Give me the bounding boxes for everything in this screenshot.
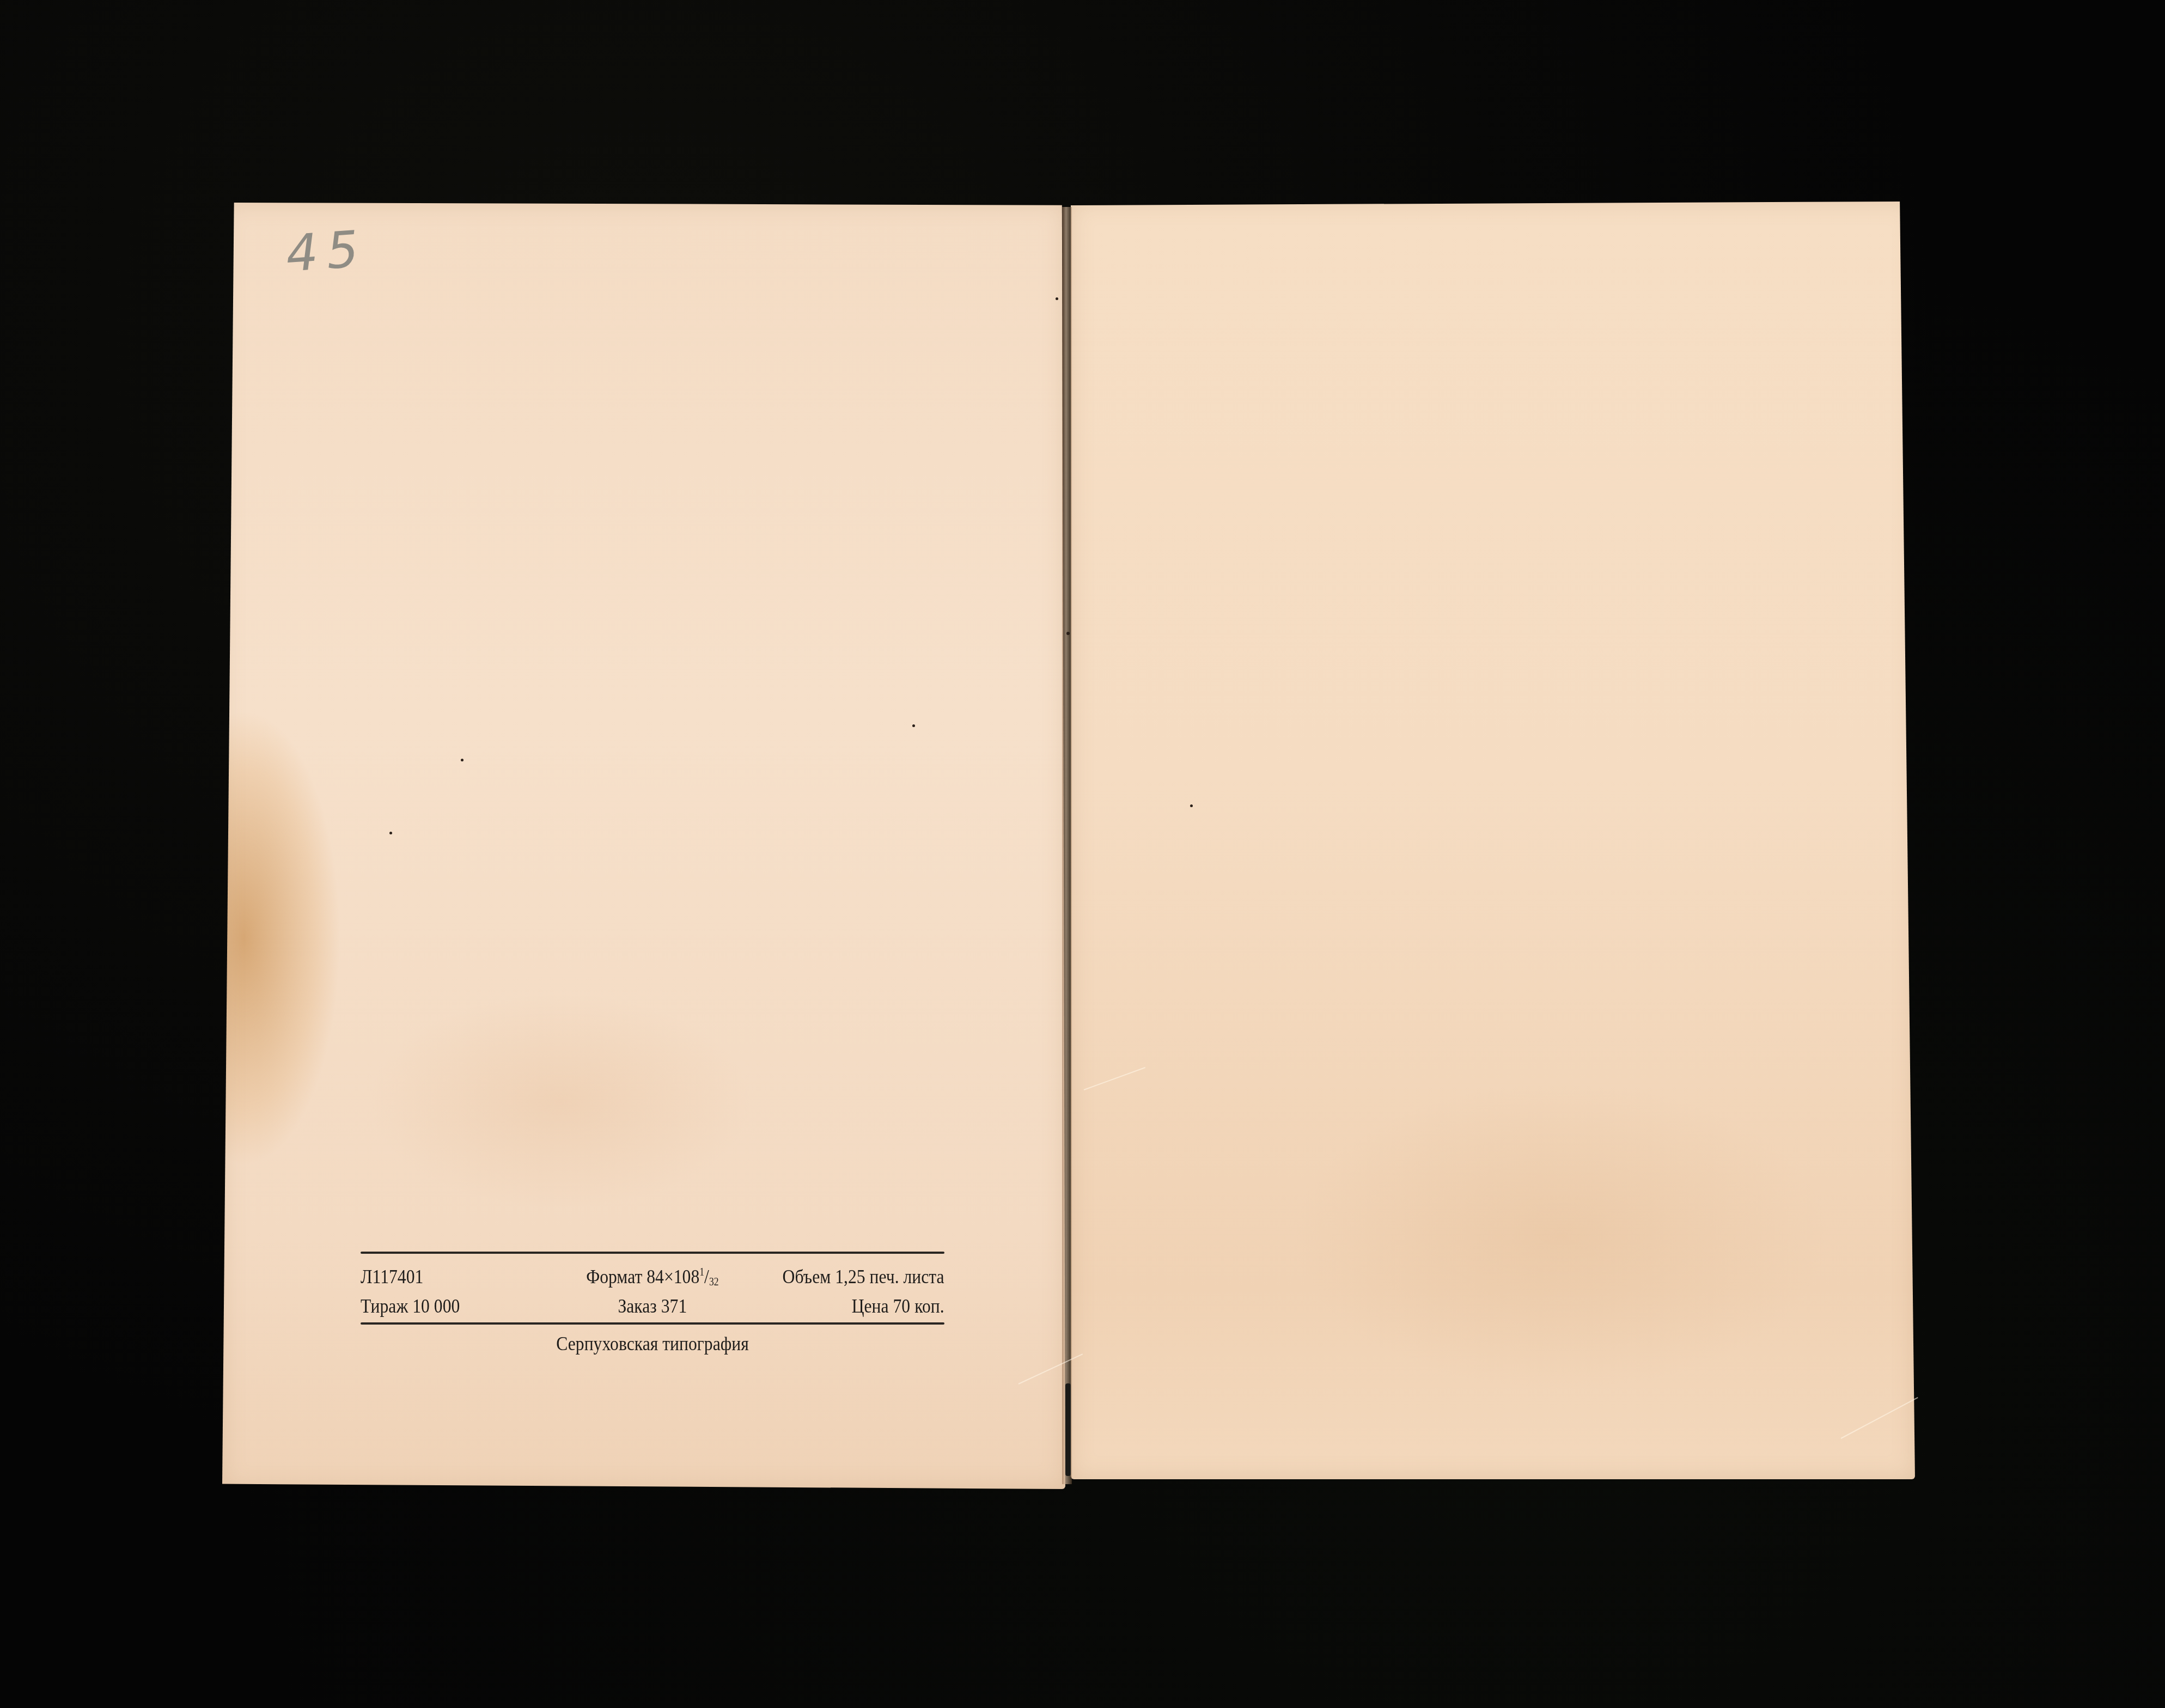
paper-speck [389, 832, 392, 834]
spine-tear [1065, 1383, 1071, 1476]
bottom-rule [361, 1322, 944, 1325]
format-fraction-denominator: 32 [709, 1276, 719, 1288]
print-volume: Объем 1,25 печ. листа [749, 1265, 944, 1289]
publication-code: Л117401 [361, 1265, 555, 1289]
book-spine [1062, 207, 1072, 1484]
printer-name: Серпуховская типография [395, 1332, 909, 1355]
format-value: 84×108 [647, 1266, 699, 1288]
paper-speck [1066, 632, 1070, 635]
order-number: Заказ 371 [555, 1294, 749, 1318]
paper-speck [912, 724, 915, 727]
imprint-row-1: Л117401 Формат 84×1081/32 Объем 1,25 печ… [361, 1260, 944, 1294]
paper-format: Формат 84×1081/32 [555, 1260, 749, 1294]
handwritten-page-number: 45 [284, 219, 369, 283]
price: Цена 70 коп. [749, 1294, 944, 1318]
format-label: Формат [586, 1266, 642, 1288]
print-run: Тираж 10 000 [361, 1294, 555, 1318]
right-page [1071, 202, 1915, 1479]
format-fraction-numerator: 1 [699, 1266, 704, 1278]
paper-speck [461, 759, 464, 761]
paper-speck [1056, 297, 1058, 300]
imprint-row-2: Тираж 10 000 Заказ 371 Цена 70 коп. [361, 1294, 944, 1318]
colophon-imprint: Л117401 Формат 84×1081/32 Объем 1,25 печ… [361, 1252, 944, 1355]
paper-speck [1190, 804, 1193, 807]
